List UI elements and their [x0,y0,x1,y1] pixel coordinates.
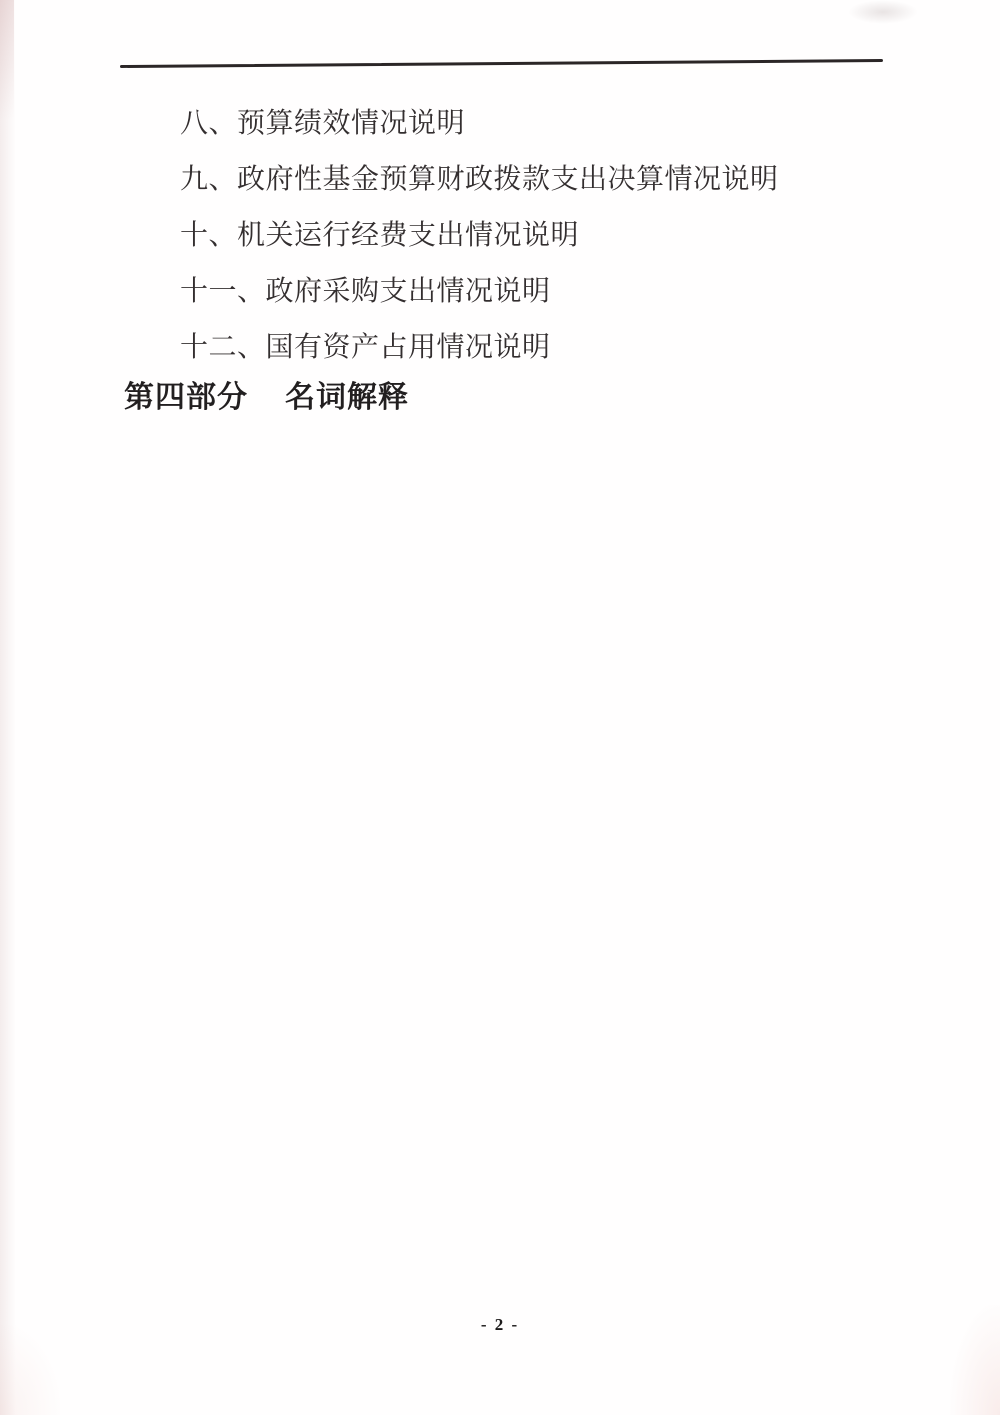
toc-item-10: 十、机关运行经费支出情况说明 [180,208,779,264]
scan-artifact-bottom-left-smudge [0,1325,60,1415]
section-part-title: 名词解释 [285,381,409,414]
section-heading: 第四部分名词解释 [124,381,409,414]
section-part-label: 第四部分 [124,381,248,414]
header-rule [120,59,883,68]
toc-item-9: 九、政府性基金预算财政拨款支出决算情况说明 [180,152,779,208]
toc-item-12: 十二、国有资产占用情况说明 [180,320,779,376]
scan-artifact-top-right-smudge [848,0,918,24]
toc-item-8: 八、预算绩效情况说明 [180,96,779,152]
scan-artifact-top-left-corner [0,0,14,120]
toc-item-11: 十一、政府采购支出情况说明 [180,264,779,320]
table-of-contents: 八、预算绩效情况说明 九、政府性基金预算财政拨款支出决算情况说明 十、机关运行经… [180,96,779,376]
scanned-document-page: 八、预算绩效情况说明 九、政府性基金预算财政拨款支出决算情况说明 十、机关运行经… [0,0,1000,1415]
page-number: - 2 - [0,1315,1000,1335]
scan-artifact-left-edge [0,0,16,1415]
